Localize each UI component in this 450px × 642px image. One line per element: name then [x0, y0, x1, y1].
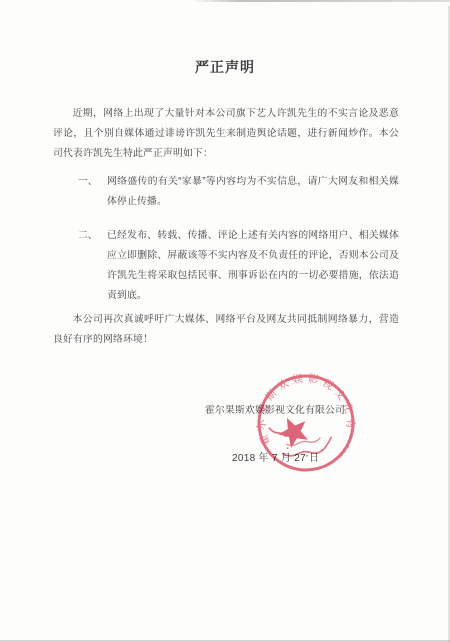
scanned-statement-page: 严正声明 近期，网络上出现了大量针对本公司旗下艺人许凯先生的不实言论及恶意评论，…: [0, 0, 450, 642]
list-item-text: 已经发布、转载、传播、评论上述有关内容的网络用户、相关媒体应立即删除、屏蔽该等不…: [107, 226, 399, 306]
statement-list: 一、 网络盛传的有关“家暴”等内容均为不实信息，请广大网友和相关媒体停止传播。 …: [78, 172, 399, 306]
intro-paragraph: 近期，网络上出现了大量针对本公司旗下艺人许凯先生的不实言论及恶意评论，且个别自媒…: [53, 104, 399, 164]
closing-paragraph: 本公司再次真诚呼吁广大媒体、网络平台及网友共同抵制网络暴力，营造良好有序的网络环…: [53, 310, 399, 350]
list-item: 二、 已经发布、转载、传播、评论上述有关内容的网络用户、相关媒体应立即删除、屏蔽…: [78, 226, 399, 306]
statement-title: 严正声明: [0, 0, 450, 77]
company-seal-stamp: 霍尔果斯欢娱影视文化有限公司 40044777: [252, 369, 360, 477]
seal-star-icon: [275, 414, 311, 451]
seal-script-dot: [286, 447, 288, 449]
list-item: 一、 网络盛传的有关“家暴”等内容均为不实信息，请广大网友和相关媒体停止传播。: [78, 172, 399, 212]
seal-script-squiggle: [282, 437, 334, 461]
list-item-marker: 二、: [78, 226, 107, 246]
seal-script-dot: [306, 455, 308, 457]
list-item-text: 网络盛传的有关“家暴”等内容均为不实信息，请广大网友和相关媒体停止传播。: [107, 172, 399, 212]
list-item-marker: 一、: [78, 172, 107, 192]
seal-ring: [252, 369, 360, 477]
